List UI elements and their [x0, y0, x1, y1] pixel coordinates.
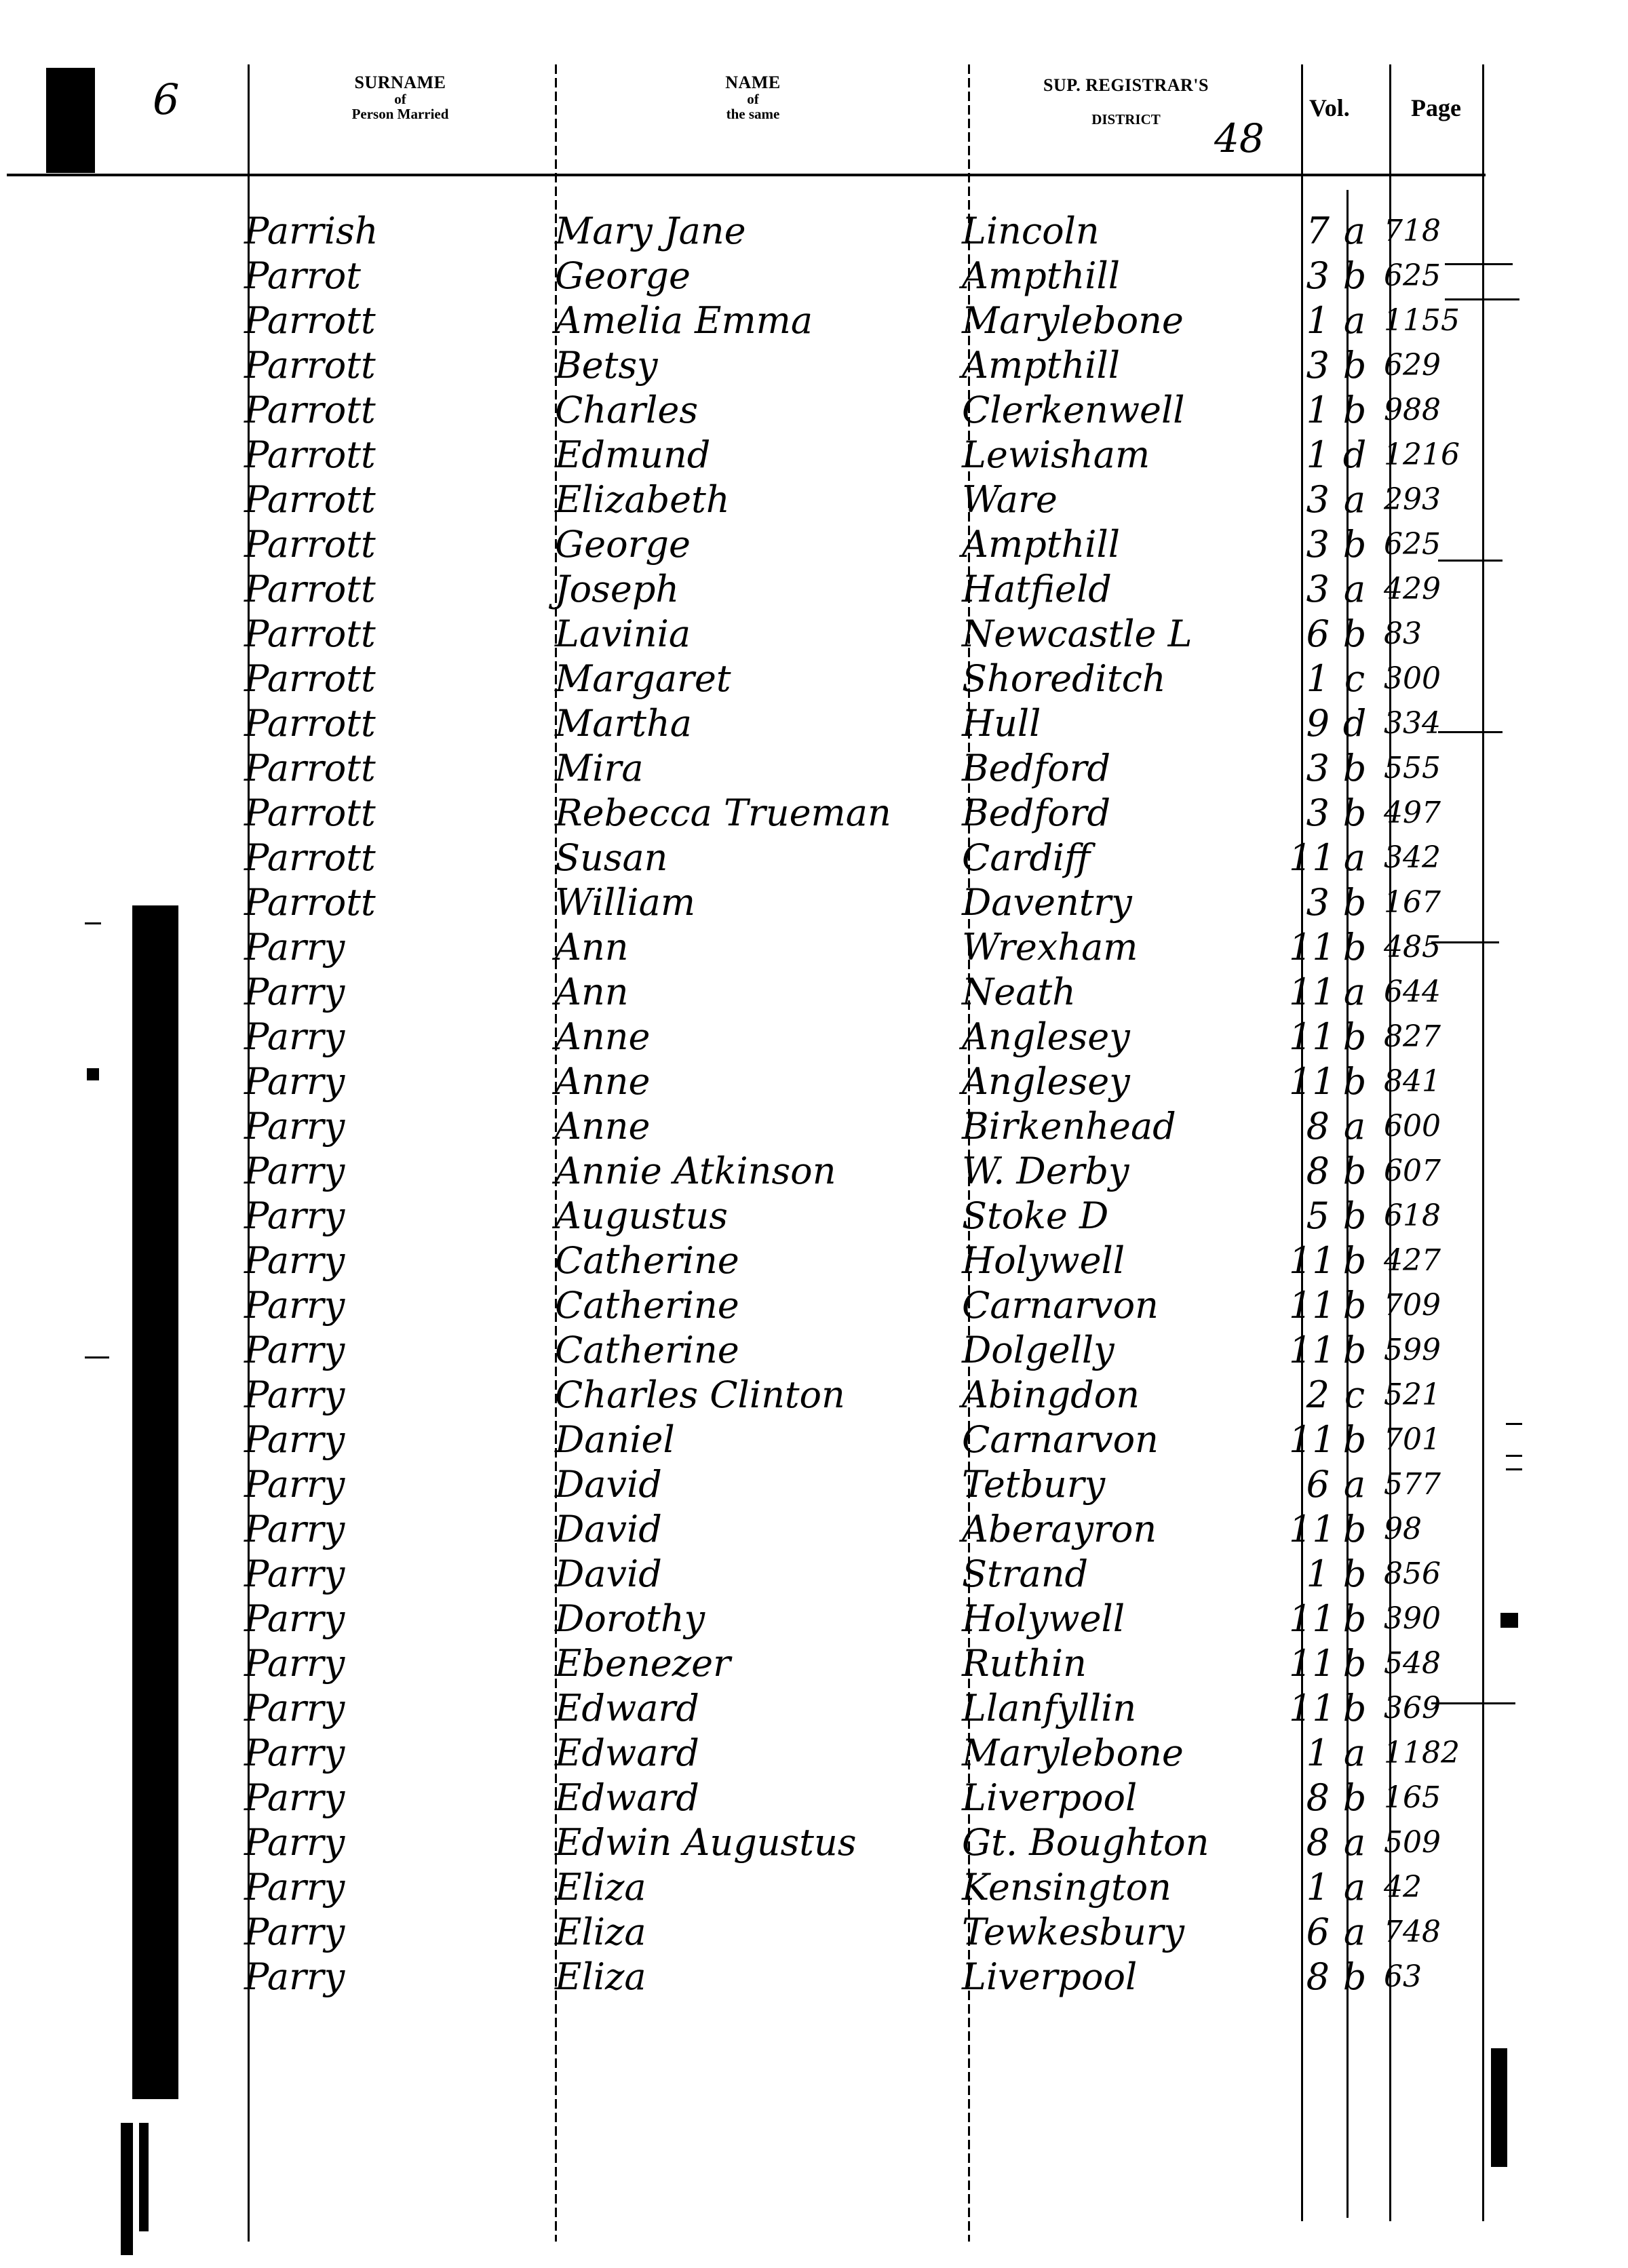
- vol-cell: 11: [1289, 970, 1330, 1015]
- surname-cell: Parry: [244, 1552, 345, 1597]
- surname-cell: Parrot: [244, 254, 361, 298]
- vol-sub-cell: c: [1340, 1373, 1370, 1417]
- name-cell: Catherine: [555, 1328, 739, 1373]
- vol-cell: 11: [1289, 1686, 1330, 1731]
- surname-cell: Parrott: [244, 791, 376, 836]
- vol-cell: 5: [1289, 1194, 1330, 1238]
- name-cell: Edward: [555, 1731, 699, 1776]
- vol-cell: 6: [1289, 1910, 1330, 1955]
- surname-cell: Parry: [244, 1686, 345, 1731]
- vol-sub-cell: a: [1340, 970, 1370, 1015]
- district-cell: Strand: [962, 1552, 1088, 1597]
- page-cell: 485: [1384, 925, 1441, 970]
- surname-cell: Parry: [244, 1417, 345, 1462]
- surname-cell: Parry: [244, 1104, 345, 1149]
- table-row: ParrottRebecca TruemanBedford3b497: [0, 791, 1628, 836]
- margin-tick: [1431, 941, 1499, 943]
- name-cell: Lavinia: [555, 612, 691, 657]
- header-rule: [7, 174, 1486, 176]
- name-cell: Catherine: [555, 1238, 739, 1283]
- table-row: ParryDavidStrand1b856: [0, 1552, 1628, 1597]
- name-cell: Charles Clinton: [555, 1373, 845, 1417]
- surname-cell: Parry: [244, 1015, 345, 1059]
- vol-sub-cell: b: [1340, 1552, 1370, 1597]
- table-row: ParryEbenezerRuthin11b548: [0, 1641, 1628, 1686]
- table-row: ParryEdwin AugustusGt. Boughton8a509: [0, 1820, 1628, 1865]
- vol-sub-cell: b: [1340, 1149, 1370, 1194]
- district-cell: Carnarvon: [962, 1283, 1159, 1328]
- page-cell: 625: [1384, 254, 1441, 298]
- district-cell: Ampthill: [962, 254, 1120, 298]
- vol-sub-cell: b: [1340, 791, 1370, 836]
- table-row: ParryCatherineDolgelly11b599: [0, 1328, 1628, 1373]
- page-cell: 427: [1384, 1238, 1441, 1283]
- name-cell: Augustus: [555, 1194, 728, 1238]
- table-row: ParryAnnWrexham11b485: [0, 925, 1628, 970]
- name-cell: Daniel: [555, 1417, 675, 1462]
- vol-sub-cell: b: [1340, 343, 1370, 388]
- surname-cell: Parrott: [244, 836, 376, 880]
- surname-cell: Parrott: [244, 701, 376, 746]
- surname-cell: Parrott: [244, 746, 376, 791]
- vol-cell: 1: [1289, 433, 1330, 477]
- district-cell: Neath: [962, 970, 1076, 1015]
- table-row: ParryEdwardMarylebone1a1182: [0, 1731, 1628, 1776]
- vol-column-header: Vol.: [1309, 94, 1350, 122]
- district-number: 48: [1214, 115, 1264, 161]
- vol-cell: 1: [1289, 388, 1330, 433]
- district-cell: Carnarvon: [962, 1417, 1159, 1462]
- vol-sub-cell: b: [1340, 1955, 1370, 1999]
- vol-cell: 9: [1289, 701, 1330, 746]
- vol-sub-cell: b: [1340, 1417, 1370, 1462]
- vol-cell: 3: [1289, 477, 1330, 522]
- page-cell: 618: [1384, 1194, 1441, 1238]
- vol-cell: 3: [1289, 746, 1330, 791]
- page-cell: 1182: [1384, 1731, 1460, 1776]
- table-row: ParrottMarthaHull9d334: [0, 701, 1628, 746]
- vol-cell: 11: [1289, 1283, 1330, 1328]
- vol-cell: 8: [1289, 1820, 1330, 1865]
- name-cell: George: [555, 522, 691, 567]
- table-row: ParryEdwardLlanfyllin11b369: [0, 1686, 1628, 1731]
- district-cell: Lincoln: [962, 209, 1100, 254]
- district-cell: Gt. Boughton: [962, 1820, 1209, 1865]
- page-cell: 429: [1384, 567, 1441, 612]
- vol-sub-cell: b: [1340, 925, 1370, 970]
- surname-cell: Parry: [244, 1507, 345, 1552]
- district-cell: Llanfyllin: [962, 1686, 1136, 1731]
- vol-cell: 3: [1289, 791, 1330, 836]
- vol-cell: 3: [1289, 522, 1330, 567]
- page-cell: 701: [1384, 1417, 1441, 1462]
- page-cell: 748: [1384, 1910, 1441, 1955]
- district-cell: Dolgelly: [962, 1328, 1115, 1373]
- district-cell: Birkenhead: [962, 1104, 1176, 1149]
- page-cell: 599: [1384, 1328, 1441, 1373]
- table-row: ParrottAmelia EmmaMarylebone1a1155: [0, 298, 1628, 343]
- surname-cell: Parry: [244, 1149, 345, 1194]
- vol-sub-cell: b: [1340, 254, 1370, 298]
- vol-cell: 8: [1289, 1955, 1330, 1999]
- name-cell: Ann: [555, 925, 629, 970]
- table-row: ParrottCharlesClerkenwell1b988: [0, 388, 1628, 433]
- surname-cell: Parry: [244, 1820, 345, 1865]
- vol-sub-cell: b: [1340, 1507, 1370, 1552]
- surname-cell: Parry: [244, 1955, 345, 1999]
- page-cell: 548: [1384, 1641, 1441, 1686]
- district-cell: Ampthill: [962, 522, 1120, 567]
- district-cell: Ampthill: [962, 343, 1120, 388]
- name-cell: Eliza: [555, 1955, 646, 1999]
- margin-tick: [1445, 298, 1519, 300]
- page-column-header: Page: [1411, 94, 1461, 122]
- name-cell: Dorothy: [555, 1597, 705, 1641]
- table-row: ParrottJosephHatfield3a429: [0, 567, 1628, 612]
- table-row: ParrottElizabethWare3a293: [0, 477, 1628, 522]
- vol-cell: 11: [1289, 1328, 1330, 1373]
- scan-edge-bar-bottom-left: [121, 2123, 133, 2255]
- district-cell: Liverpool: [962, 1776, 1137, 1820]
- district-cell: Ruthin: [962, 1641, 1087, 1686]
- name-cell: William: [555, 880, 695, 925]
- surname-cell: Parry: [244, 1597, 345, 1641]
- vol-cell: 8: [1289, 1149, 1330, 1194]
- name-cell: Anne: [555, 1059, 651, 1104]
- page-cell: 625: [1384, 522, 1441, 567]
- surname-cell: Parrish: [244, 209, 379, 254]
- table-row: ParrottMargaretShoreditch1c300: [0, 657, 1628, 701]
- margin-tick: [1431, 1702, 1503, 1704]
- vol-cell: 11: [1289, 1417, 1330, 1462]
- name-cell: David: [555, 1462, 662, 1507]
- vol-cell: 1: [1289, 657, 1330, 701]
- vol-sub-cell: b: [1340, 1238, 1370, 1283]
- vol-sub-cell: a: [1340, 1731, 1370, 1776]
- vol-sub-cell: b: [1340, 1686, 1370, 1731]
- surname-cell: Parry: [244, 1462, 345, 1507]
- page-number: 6: [153, 75, 179, 124]
- name-cell: Mary Jane: [555, 209, 746, 254]
- vol-sub-cell: b: [1340, 1641, 1370, 1686]
- vol-sub-cell: b: [1340, 612, 1370, 657]
- district-cell: Cardiff: [962, 836, 1090, 880]
- table-row: ParrottSusanCardiff11a342: [0, 836, 1628, 880]
- surname-header-line1: SURNAME: [285, 73, 516, 92]
- table-row: ParrottMiraBedford3b555: [0, 746, 1628, 791]
- surname-cell: Parry: [244, 1328, 345, 1373]
- district-cell: Bedford: [962, 791, 1110, 836]
- vol-sub-cell: a: [1340, 1820, 1370, 1865]
- table-row: ParrottEdmundLewisham1d1216: [0, 433, 1628, 477]
- table-row: ParryAnnie AtkinsonW. Derby8b607: [0, 1149, 1628, 1194]
- register-page: 6 SURNAME of Person Married NAME of the …: [0, 0, 1628, 2268]
- table-row: ParrottLaviniaNewcastle L6b83: [0, 612, 1628, 657]
- name-cell: Eliza: [555, 1910, 646, 1955]
- vol-cell: 6: [1289, 1462, 1330, 1507]
- surname-cell: Parry: [244, 1238, 345, 1283]
- name-cell: Ebenezer: [555, 1641, 731, 1686]
- table-row: ParryEdwardLiverpool8b165: [0, 1776, 1628, 1820]
- district-cell: W. Derby: [962, 1149, 1129, 1194]
- name-cell: Elizabeth: [555, 477, 730, 522]
- name-cell: George: [555, 254, 691, 298]
- table-row: ParrottGeorgeAmpthill3b625: [0, 522, 1628, 567]
- surname-column-header: SURNAME of Person Married: [285, 73, 516, 121]
- name-cell: Ann: [555, 970, 629, 1015]
- page-cell: 577: [1384, 1462, 1441, 1507]
- district-cell: Shoreditch: [962, 657, 1166, 701]
- district-cell: Hatfield: [962, 567, 1112, 612]
- vol-sub-cell: b: [1340, 746, 1370, 791]
- district-cell: Tetbury: [962, 1462, 1105, 1507]
- table-row: ParryDavidTetbury6a577: [0, 1462, 1628, 1507]
- page-cell: 629: [1384, 343, 1441, 388]
- district-cell: Wrexham: [962, 925, 1138, 970]
- surname-cell: Parry: [244, 925, 345, 970]
- surname-cell: Parry: [244, 1731, 345, 1776]
- district-cell: Newcastle L: [962, 612, 1193, 657]
- page-cell: 63: [1384, 1955, 1422, 1999]
- district-cell: Tewkesbury: [962, 1910, 1184, 1955]
- surname-cell: Parry: [244, 1776, 345, 1820]
- district-cell: Clerkenwell: [962, 388, 1185, 433]
- page-cell: 293: [1384, 477, 1441, 522]
- table-row: ParryAnneBirkenhead8a600: [0, 1104, 1628, 1149]
- name-header-line2: of: [651, 92, 855, 106]
- name-column-header: NAME of the same: [651, 73, 855, 121]
- vol-cell: 11: [1289, 1059, 1330, 1104]
- vol-cell: 2: [1289, 1373, 1330, 1417]
- page-cell: 600: [1384, 1104, 1441, 1149]
- vol-sub-cell: b: [1340, 1328, 1370, 1373]
- vol-cell: 1: [1289, 298, 1330, 343]
- page-cell: 167: [1384, 880, 1441, 925]
- vol-sub-cell: b: [1340, 1015, 1370, 1059]
- vol-cell: 8: [1289, 1104, 1330, 1149]
- vol-sub-cell: b: [1340, 1597, 1370, 1641]
- vol-sub-cell: a: [1340, 1865, 1370, 1910]
- surname-cell: Parry: [244, 1194, 345, 1238]
- page-cell: 521: [1384, 1373, 1441, 1417]
- name-cell: Joseph: [555, 567, 679, 612]
- district-cell: Marylebone: [962, 298, 1184, 343]
- district-cell: Lewisham: [962, 433, 1150, 477]
- page-cell: 98: [1384, 1507, 1422, 1552]
- surname-cell: Parry: [244, 1910, 345, 1955]
- vol-cell: 3: [1289, 880, 1330, 925]
- table-row: ParrotGeorgeAmpthill3b625: [0, 254, 1628, 298]
- district-cell: Stoke D: [962, 1194, 1108, 1238]
- district-cell: Liverpool: [962, 1955, 1137, 1999]
- surname-cell: Parrott: [244, 657, 376, 701]
- name-cell: Susan: [555, 836, 667, 880]
- surname-cell: Parrott: [244, 522, 376, 567]
- vol-cell: 11: [1289, 1015, 1330, 1059]
- surname-cell: Parry: [244, 970, 345, 1015]
- table-row: ParryDanielCarnarvon11b701: [0, 1417, 1628, 1462]
- table-row: ParrottBetsyAmpthill3b629: [0, 343, 1628, 388]
- page-cell: 709: [1384, 1283, 1441, 1328]
- vol-sub-cell: a: [1340, 209, 1370, 254]
- vol-cell: 11: [1289, 1597, 1330, 1641]
- district-cell: Bedford: [962, 746, 1110, 791]
- table-row: ParrottWilliamDaventry3b167: [0, 880, 1628, 925]
- page-cell: 988: [1384, 388, 1441, 433]
- table-row: ParrishMary JaneLincoln7a718: [0, 209, 1628, 254]
- page-cell: 300: [1384, 657, 1441, 701]
- scan-edge-bar-top: [46, 68, 95, 173]
- page-cell: 1155: [1384, 298, 1460, 343]
- name-cell: Mira: [555, 746, 644, 791]
- table-row: ParryElizaKensington1a42: [0, 1865, 1628, 1910]
- vol-cell: 11: [1289, 1507, 1330, 1552]
- scan-edge-bar-right: [1491, 2048, 1507, 2167]
- margin-tick: [1445, 263, 1513, 265]
- vol-sub-cell: a: [1340, 1104, 1370, 1149]
- page-cell: 509: [1384, 1820, 1441, 1865]
- name-cell: Rebecca Trueman: [555, 791, 891, 836]
- page-cell: 607: [1384, 1149, 1441, 1194]
- vol-sub-cell: d: [1340, 433, 1370, 477]
- table-row: ParryAnneAnglesey11b841: [0, 1059, 1628, 1104]
- table-row: ParryAnneAnglesey11b827: [0, 1015, 1628, 1059]
- district-cell: Hull: [962, 701, 1041, 746]
- vol-cell: 3: [1289, 343, 1330, 388]
- district-cell: Holywell: [962, 1238, 1125, 1283]
- page-cell: 369: [1384, 1686, 1441, 1731]
- vol-cell: 1: [1289, 1731, 1330, 1776]
- page-cell: 555: [1384, 746, 1441, 791]
- name-cell: David: [555, 1552, 662, 1597]
- name-cell: Margaret: [555, 657, 731, 701]
- district-cell: Holywell: [962, 1597, 1125, 1641]
- surname-cell: Parry: [244, 1641, 345, 1686]
- name-cell: Charles: [555, 388, 698, 433]
- table-row: ParryElizaTewkesbury6a748: [0, 1910, 1628, 1955]
- vol-sub-cell: b: [1340, 1059, 1370, 1104]
- table-row: ParryCharles ClintonAbingdon2c521: [0, 1373, 1628, 1417]
- vol-cell: 11: [1289, 836, 1330, 880]
- district-cell: Daventry: [962, 880, 1132, 925]
- district-cell: Ware: [962, 477, 1058, 522]
- vol-cell: 7: [1289, 209, 1330, 254]
- page-cell: 841: [1384, 1059, 1441, 1104]
- vol-sub-cell: a: [1340, 298, 1370, 343]
- table-row: ParryAnnNeath11a644: [0, 970, 1628, 1015]
- vol-sub-cell: d: [1340, 701, 1370, 746]
- vol-cell: 1: [1289, 1865, 1330, 1910]
- surname-cell: Parrott: [244, 343, 376, 388]
- vol-sub-cell: b: [1340, 1194, 1370, 1238]
- district-cell: Anglesey: [962, 1059, 1130, 1104]
- name-cell: Catherine: [555, 1283, 739, 1328]
- surname-cell: Parry: [244, 1283, 345, 1328]
- page-cell: 83: [1384, 612, 1422, 657]
- vol-sub-cell: b: [1340, 522, 1370, 567]
- surname-cell: Parrott: [244, 298, 376, 343]
- vol-sub-cell: a: [1340, 477, 1370, 522]
- name-cell: Amelia Emma: [555, 298, 813, 343]
- table-row: ParryCatherineCarnarvon11b709: [0, 1283, 1628, 1328]
- page-cell: 165: [1384, 1776, 1441, 1820]
- name-cell: Eliza: [555, 1865, 646, 1910]
- name-cell: Edwin Augustus: [555, 1820, 856, 1865]
- vol-cell: 8: [1289, 1776, 1330, 1820]
- district-cell: Aberayron: [962, 1507, 1157, 1552]
- vol-cell: 1: [1289, 1552, 1330, 1597]
- vol-sub-cell: b: [1340, 880, 1370, 925]
- vol-cell: 3: [1289, 254, 1330, 298]
- name-cell: Edward: [555, 1686, 699, 1731]
- vol-sub-cell: b: [1340, 1283, 1370, 1328]
- table-row: ParryDorothyHolywell11b390: [0, 1597, 1628, 1641]
- surname-cell: Parrott: [244, 388, 376, 433]
- surname-cell: Parrott: [244, 477, 376, 522]
- page-cell: 334: [1384, 701, 1441, 746]
- margin-tick: [1438, 731, 1503, 733]
- page-cell: 342: [1384, 836, 1441, 880]
- margin-tick: [1438, 560, 1503, 562]
- surname-header-line2: of: [285, 92, 516, 106]
- page-cell: 718: [1384, 209, 1441, 254]
- district-cell: Abingdon: [962, 1373, 1140, 1417]
- name-cell: Betsy: [555, 343, 658, 388]
- district-cell: Anglesey: [962, 1015, 1130, 1059]
- vol-sub-cell: b: [1340, 388, 1370, 433]
- vol-cell: 11: [1289, 1238, 1330, 1283]
- district-cell: Kensington: [962, 1865, 1171, 1910]
- vol-cell: 3: [1289, 567, 1330, 612]
- page-cell: 827: [1384, 1015, 1441, 1059]
- vol-sub-cell: a: [1340, 567, 1370, 612]
- table-row: ParryAugustusStoke D5b618: [0, 1194, 1628, 1238]
- vol-sub-cell: c: [1340, 657, 1370, 701]
- page-cell: 42: [1384, 1865, 1422, 1910]
- vol-sub-cell: a: [1340, 1462, 1370, 1507]
- district-header-line1: SUP. REGISTRAR'S: [997, 76, 1255, 94]
- vol-sub-cell: a: [1340, 836, 1370, 880]
- surname-cell: Parrott: [244, 880, 376, 925]
- surname-cell: Parry: [244, 1865, 345, 1910]
- district-cell: Marylebone: [962, 1731, 1184, 1776]
- table-row: ParryDavidAberayron11b98: [0, 1507, 1628, 1552]
- page-cell: 497: [1384, 791, 1441, 836]
- surname-cell: Parry: [244, 1059, 345, 1104]
- name-cell: Annie Atkinson: [555, 1149, 836, 1194]
- name-header-line3: the same: [651, 106, 855, 121]
- surname-header-line3: Person Married: [285, 106, 516, 121]
- surname-cell: Parrott: [244, 612, 376, 657]
- surname-cell: Parry: [244, 1373, 345, 1417]
- page-cell: 856: [1384, 1552, 1441, 1597]
- page-cell: 644: [1384, 970, 1441, 1015]
- name-cell: Anne: [555, 1015, 651, 1059]
- surname-cell: Parrott: [244, 567, 376, 612]
- name-cell: Edmund: [555, 433, 710, 477]
- name-cell: Anne: [555, 1104, 651, 1149]
- name-header-line1: NAME: [651, 73, 855, 92]
- table-row: ParryCatherineHolywell11b427: [0, 1238, 1628, 1283]
- page-cell: 1216: [1384, 433, 1460, 477]
- surname-cell: Parrott: [244, 433, 376, 477]
- vol-cell: 11: [1289, 1641, 1330, 1686]
- scan-edge-bar-bottom-left-2: [139, 2123, 149, 2231]
- vol-cell: 6: [1289, 612, 1330, 657]
- name-cell: Edward: [555, 1776, 699, 1820]
- vol-cell: 11: [1289, 925, 1330, 970]
- vol-sub-cell: b: [1340, 1776, 1370, 1820]
